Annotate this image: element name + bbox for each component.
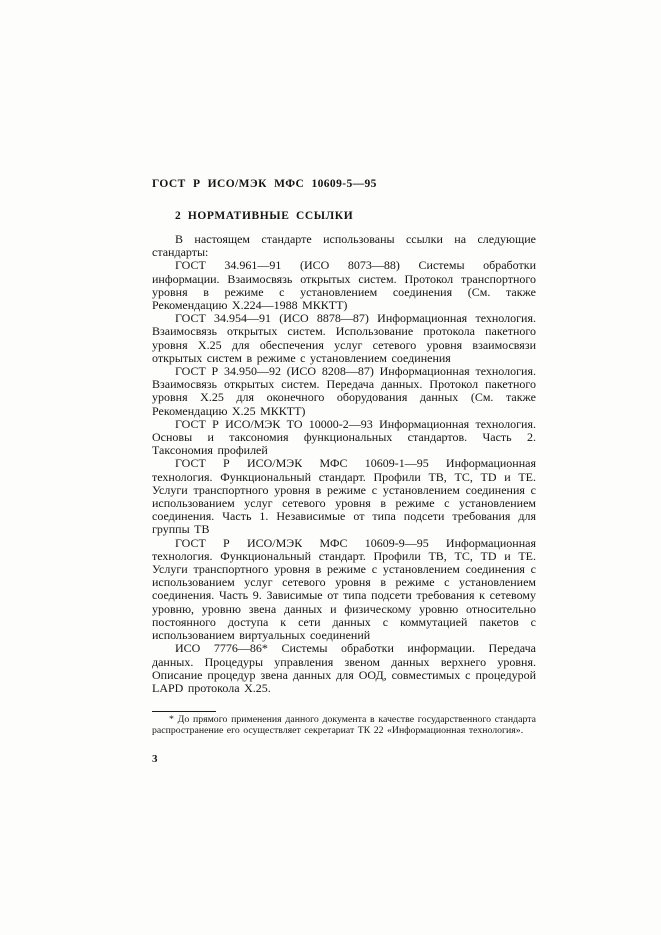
footnote: * До прямого применения данного документ… xyxy=(152,715,536,737)
paragraph: В настоящем стандарте использованы ссылк… xyxy=(152,233,536,259)
running-header: ГОСТ Р ИСО/МЭК МФС 10609-5—95 xyxy=(152,178,536,190)
page-number: 3 xyxy=(152,753,536,765)
paragraph: ГОСТ 34.954—91 (ИСО 8878—87) Информацион… xyxy=(152,312,536,365)
paragraph: ГОСТ Р ИСО/МЭК МФС 10609-1—95 Информацио… xyxy=(152,457,536,536)
paragraph: ГОСТ Р ИСО/МЭК МФС 10609-9—95 Информацио… xyxy=(152,537,536,643)
document-page: ГОСТ Р ИСО/МЭК МФС 10609-5—95 2 НОРМАТИВ… xyxy=(0,0,661,935)
footnote-separator xyxy=(152,711,216,712)
section-heading: 2 НОРМАТИВНЫЕ ССЫЛКИ xyxy=(152,210,536,222)
paragraph: ИСО 7776—86* Системы обработки информаци… xyxy=(152,642,536,695)
body-text: В настоящем стандарте использованы ссылк… xyxy=(152,233,536,695)
paragraph: ГОСТ Р ИСО/МЭК ТО 10000-2—93 Информацион… xyxy=(152,418,536,458)
page-content: ГОСТ Р ИСО/МЭК МФС 10609-5—95 2 НОРМАТИВ… xyxy=(152,178,536,765)
paragraph: ГОСТ Р 34.950—92 (ИСО 8208—87) Информаци… xyxy=(152,365,536,418)
paragraph: ГОСТ 34.961—91 (ИСО 8073—88) Системы обр… xyxy=(152,259,536,312)
